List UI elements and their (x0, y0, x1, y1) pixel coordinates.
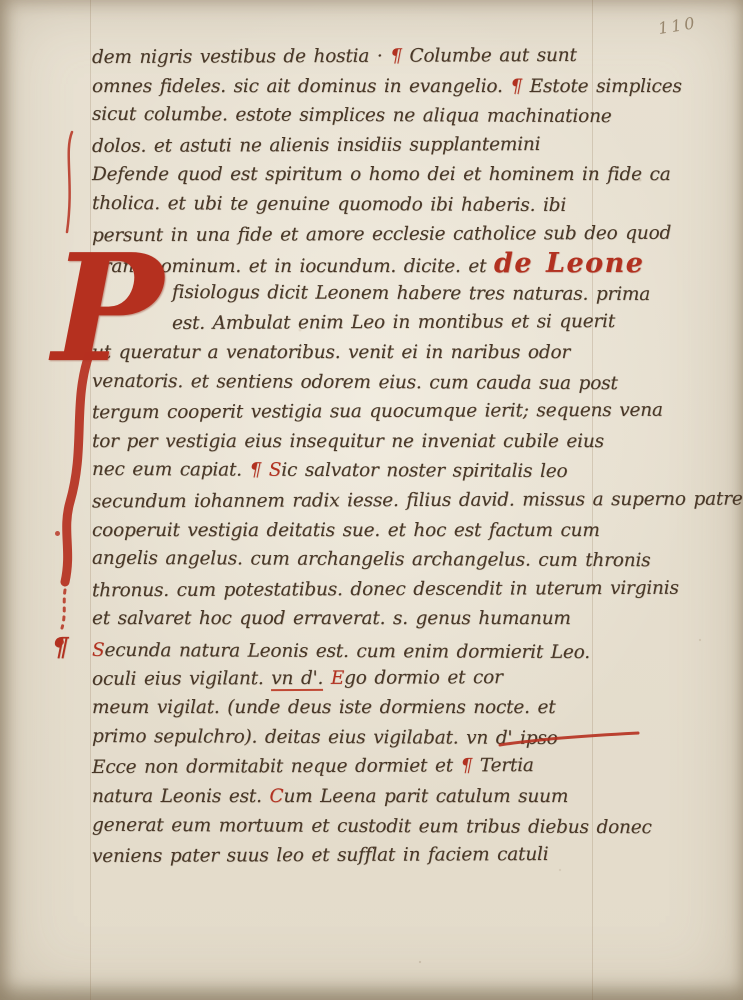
manuscript-line: oculi eius vigilant. vn d'. Ego dormio e… (92, 665, 503, 693)
line-text: secundum iohannem radix iesse. filius da… (92, 489, 743, 513)
margin-red-dot (55, 531, 60, 536)
manuscript-line: Defende quod est spiritum o homo dei et … (92, 162, 671, 188)
line-text: oculi eius vigilant. (92, 668, 271, 690)
line-text: Ecce non dormitabit neque dormiet et (92, 756, 461, 779)
line-text: dem nigris vestibus de hostia · (92, 46, 390, 68)
manuscript-line: meum vigilat. (unde deus iste dormiens n… (92, 695, 555, 721)
manuscript-line: Ecce non dormitabit neque dormiet et ¶ T… (92, 753, 534, 781)
line-text: vn d'. (271, 667, 323, 690)
margin-red-squiggle (60, 130, 78, 235)
line-text: primo sepulchro). deitas eius vigilabat.… (92, 726, 558, 749)
manuscript-line: dem nigris vestibus de hostia · ¶ Columb… (92, 43, 577, 71)
line-text: omnes fideles. sic ait dominus in evange… (92, 76, 510, 97)
manuscript-line: generat eum mortuum et custodit eum trib… (92, 812, 652, 840)
rubric-heading: de Leone (494, 248, 644, 279)
line-text: Columbe aut sunt (409, 45, 576, 67)
rubric-mark: ¶ S (250, 460, 282, 481)
manuscript-line: tholica. et ubi te genuine quomodo ibi h… (92, 191, 566, 219)
line-text: um Leena parit catulum suum (283, 786, 568, 807)
line-text: tholica. et ubi te genuine quomodo ibi h… (92, 193, 566, 216)
manuscript-line: ut queratur a venatoribus. venit ei in n… (92, 340, 570, 366)
line-text: thronus. cum potestatibus. donec descend… (92, 578, 679, 602)
line-text: natura Leonis est. (92, 786, 269, 807)
line-text: tergum cooperit vestigia sua quocumque i… (92, 400, 663, 423)
manuscript-line: veniens pater suus leo et sufflat in fac… (92, 842, 549, 870)
manuscript-line: persunt in una fide et amore ecclesie ca… (92, 220, 671, 249)
line-text: ecunda natura Leonis est. cum enim dormi… (104, 640, 590, 663)
rubric-mark: ¶ (510, 76, 529, 97)
manuscript-line: primo sepulchro). deitas eius vigilabat.… (92, 724, 558, 752)
line-text: persunt in una fide et amore ecclesie ca… (92, 222, 671, 246)
line-text: est. Ambulat enim Leo in montibus et si … (172, 311, 615, 334)
line-text: ut queratur a venatoribus. venit ei in n… (92, 342, 570, 363)
line-text: dolos. et astuti ne alienis insidiis sup… (92, 134, 540, 157)
line-text: generat eum mortuum et custodit eum trib… (92, 814, 652, 837)
line-text (323, 667, 331, 688)
manuscript-line: tergum cooperit vestigia sua quocumque i… (92, 398, 663, 426)
line-text: Tertia (480, 755, 534, 776)
line-text: Estote simplices (530, 76, 682, 97)
text-block: dem nigris vestibus de hostia · ¶ Columb… (0, 0, 743, 1000)
rubric-mark: E (331, 667, 344, 688)
manuscript-line: erant hominum. et in iocundum. dicite. e… (92, 251, 644, 277)
line-text: ic salvator noster spiritalis leo (281, 460, 567, 482)
line-text: Defende quod est spiritum o homo dei et … (92, 164, 671, 185)
manuscript-page: 110 dem nigris vestibus de hostia · ¶ Co… (0, 0, 743, 1000)
rubric-mark: C (269, 786, 283, 807)
line-text: tor per vestigia eius insequitur ne inve… (92, 431, 604, 452)
manuscript-line: et salvaret hoc quod erraverat. s. genus… (92, 606, 571, 632)
line-text: cooperuit vestigia deitatis sue. et hoc … (92, 520, 600, 541)
line-text: et salvaret hoc quod erraverat. s. genus… (92, 608, 571, 629)
rubric-mark: ¶ (390, 46, 409, 67)
line-text: fisiologus dicit Leonem habere tres natu… (172, 282, 650, 305)
manuscript-line: omnes fideles. sic ait dominus in evange… (92, 74, 682, 100)
line-text: meum vigilat. (unde deus iste dormiens n… (92, 697, 555, 718)
initial-p-tail-flourish (56, 352, 106, 652)
manuscript-line: ¶Secunda natura Leonis est. cum enim dor… (92, 635, 590, 663)
manuscript-line: dolos. et astuti ne alienis insidiis sup… (92, 132, 540, 160)
red-corner-flourish-line (498, 730, 640, 748)
manuscript-line: thronus. cum potestatibus. donec descend… (92, 576, 679, 605)
manuscript-line: est. Ambulat enim Leo in montibus et si … (172, 309, 615, 337)
manuscript-line: cooperuit vestigia deitatis sue. et hoc … (92, 518, 600, 544)
manuscript-line: angelis angelus. cum archangelis archang… (92, 546, 651, 574)
line-text: nec eum capiat. (92, 459, 250, 481)
manuscript-line: venatoris. et sentiens odorem eius. cum … (92, 368, 618, 396)
manuscript-line: nec eum capiat. ¶ Sic salvator noster sp… (92, 457, 568, 485)
line-text: sicut columbe. estote simplices ne aliqu… (92, 104, 612, 127)
line-text: go dormio et cor (344, 667, 503, 689)
manuscript-line: tor per vestigia eius insequitur ne inve… (92, 429, 604, 455)
line-text: angelis angelus. cum archangelis archang… (92, 548, 651, 571)
manuscript-line: fisiologus dicit Leonem habere tres natu… (172, 280, 650, 308)
line-text: venatoris. et sentiens odorem eius. cum … (92, 370, 618, 393)
manuscript-line: secundum iohannem radix iesse. filius da… (92, 487, 743, 516)
line-text: veniens pater suus leo et sufflat in fac… (92, 844, 549, 867)
manuscript-line: sicut columbe. estote simplices ne aliqu… (92, 102, 612, 130)
manuscript-line: natura Leonis est. Cum Leena parit catul… (92, 784, 568, 810)
rubric-mark: ¶ (461, 756, 480, 777)
